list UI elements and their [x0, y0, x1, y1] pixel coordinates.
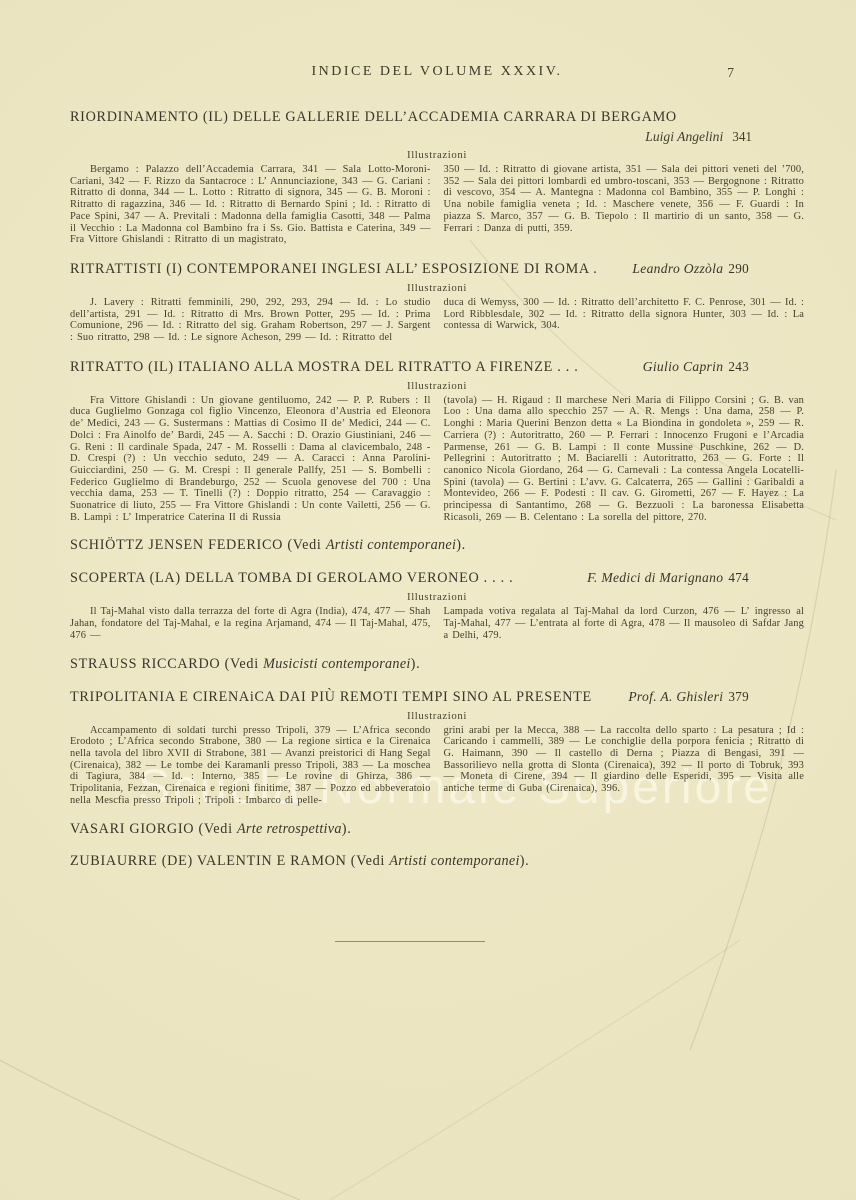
- entry-page-ref: 379: [728, 689, 749, 704]
- entry-title-row: TRIPOLITANIA E CIRENAiCA DAI PIÙ REMOTI …: [70, 687, 804, 707]
- illustration-columns: J. Lavery : Ritratti femminili, 290, 292…: [70, 297, 804, 344]
- entry-author-line: Luigi Angelini 341: [70, 128, 804, 146]
- entry-page-ref: 474: [728, 570, 749, 585]
- right-column-text: (tavola) — H. Rigaud : Il marchese Neri …: [444, 395, 805, 524]
- entry-page-ref: 243: [728, 359, 749, 374]
- right-column-text: grini arabi per la Mecca, 388 — La racco…: [444, 725, 805, 807]
- illustrations-label: Illustrazioni: [70, 380, 804, 392]
- illustration-columns: Fra Vittore Ghislandi : Un giovane genti…: [70, 395, 804, 524]
- index-entry-scoperta: SCOPERTA (LA) DELLA TOMBA DI GEROLAMO VE…: [70, 568, 804, 641]
- entry-title: TRIPOLITANIA E CIRENAiCA DAI PIÙ REMOTI …: [70, 688, 614, 707]
- right-column-text: 350 — Id. : Ritratto di giovane artista,…: [444, 164, 805, 246]
- left-column-text: Accampamento di soldati turchi presso Tr…: [70, 725, 431, 807]
- entry-author: F. Medici di Marignano: [587, 570, 723, 585]
- cross-reference-target: Musicisti contemporanei: [263, 656, 411, 672]
- index-entry-riordinamento: RIORDINAMENTO (IL) DELLE GALLERIE DELL’A…: [70, 108, 804, 246]
- entry-byline: Giulio Caprin243: [643, 357, 749, 377]
- index-entry-strauss-xref: STRAUSS RICCARDO (Vedi Musicisti contemp…: [70, 655, 804, 674]
- entry-byline: Prof. A. Ghisleri379: [628, 687, 749, 707]
- right-column-text: duca di Wemyss, 300 — Id. : Ritratto del…: [444, 297, 805, 344]
- entry-title-row: RITRATTISTI (I) CONTEMPORANEI INGLESI AL…: [70, 259, 804, 279]
- cross-reference-target: Artisti contemporanei: [389, 853, 519, 869]
- volume-index-title: INDICE DEL VOLUME XXXIV.: [70, 64, 804, 80]
- index-entry-tripolitania: TRIPOLITANIA E CIRENAiCA DAI PIÙ REMOTI …: [70, 687, 804, 807]
- illustration-columns: Il Taj-Mahal visto dalla terrazza del fo…: [70, 606, 804, 641]
- entry-title: VASARI GIORGIO: [70, 821, 194, 837]
- entry-page-ref: 341: [732, 129, 752, 144]
- illustrations-label: Illustrazioni: [70, 149, 804, 161]
- entry-title: ZUBIAURRE (DE) VALENTIN E RAMON: [70, 853, 347, 869]
- index-entry-ritrattisti: RITRATTISTI (I) CONTEMPORANEI INGLESI AL…: [70, 259, 804, 344]
- section-separator-rule: [335, 941, 485, 942]
- index-entry-ritratto: RITRATTO (IL) ITALIANO ALLA MOSTRA DEL R…: [70, 357, 804, 524]
- left-column-text: Il Taj-Mahal visto dalla terrazza del fo…: [70, 606, 431, 641]
- vedi-prefix: (Vedi: [194, 821, 237, 837]
- cross-reference-target: Arte retrospettiva: [237, 821, 342, 837]
- entry-title: RITRATTISTI (I) CONTEMPORANEI INGLESI AL…: [70, 260, 618, 279]
- index-entry-schiottz-xref: SCHIÖTTZ JENSEN FEDERICO (Vedi Artisti c…: [70, 536, 804, 555]
- entry-title: STRAUSS RICCARDO: [70, 656, 220, 672]
- illustrations-label: Illustrazioni: [70, 710, 804, 722]
- illustrations-label: Illustrazioni: [70, 282, 804, 294]
- entry-title-row: RITRATTO (IL) ITALIANO ALLA MOSTRA DEL R…: [70, 357, 804, 377]
- entry-title: SCHIÖTTZ JENSEN FEDERICO: [70, 537, 283, 553]
- page-number: 7: [727, 65, 734, 81]
- entry-author: Leandro Ozzòla: [632, 261, 723, 276]
- right-column-text: Lampada votiva regalata al Taj-Mahal da …: [444, 606, 805, 641]
- entry-title: RIORDINAMENTO (IL) DELLE GALLERIE DELL’A…: [70, 108, 749, 127]
- scanned-index-page: Scuola Normale Superiore INDICE DEL VOLU…: [0, 0, 856, 1200]
- entry-title-row: RIORDINAMENTO (IL) DELLE GALLERIE DELL’A…: [70, 108, 804, 127]
- illustrations-label: Illustrazioni: [70, 591, 804, 603]
- vedi-prefix: (Vedi: [220, 656, 263, 672]
- entry-author: Prof. A. Ghisleri: [628, 689, 723, 704]
- page-content: INDICE DEL VOLUME XXXIV. 7 RIORDINAMENTO…: [0, 0, 856, 942]
- vedi-prefix: (Vedi: [283, 537, 326, 553]
- index-entry-vasari-xref: VASARI GIORGIO (Vedi Arte retrospettiva)…: [70, 820, 804, 839]
- entry-byline: Leandro Ozzòla290: [632, 259, 749, 279]
- vedi-suffix: ).: [342, 821, 352, 837]
- entry-byline: F. Medici di Marignano474: [587, 568, 749, 588]
- left-column-text: J. Lavery : Ritratti femminili, 290, 292…: [70, 297, 431, 344]
- entry-author: Giulio Caprin: [643, 359, 724, 374]
- entry-title-row: SCOPERTA (LA) DELLA TOMBA DI GEROLAMO VE…: [70, 568, 804, 588]
- entry-title: RITRATTO (IL) ITALIANO ALLA MOSTRA DEL R…: [70, 358, 629, 377]
- left-column-text: Fra Vittore Ghislandi : Un giovane genti…: [70, 395, 431, 524]
- vedi-suffix: ).: [411, 656, 421, 672]
- entry-author: Luigi Angelini: [645, 129, 723, 144]
- cross-reference-target: Artisti contemporanei: [326, 537, 456, 553]
- left-column-text: Bergamo : Palazzo dell’Accademia Carrara…: [70, 164, 431, 246]
- entry-title: SCOPERTA (LA) DELLA TOMBA DI GEROLAMO VE…: [70, 569, 573, 588]
- vedi-suffix: ).: [520, 853, 530, 869]
- vedi-prefix: (Vedi: [347, 853, 390, 869]
- entry-page-ref: 290: [728, 261, 749, 276]
- illustration-columns: Bergamo : Palazzo dell’Accademia Carrara…: [70, 164, 804, 246]
- illustration-columns: Accampamento di soldati turchi presso Tr…: [70, 725, 804, 807]
- running-header: INDICE DEL VOLUME XXXIV. 7: [70, 64, 804, 84]
- vedi-suffix: ).: [456, 537, 466, 553]
- index-entry-zubiaurre-xref: ZUBIAURRE (DE) VALENTIN E RAMON (Vedi Ar…: [70, 852, 804, 871]
